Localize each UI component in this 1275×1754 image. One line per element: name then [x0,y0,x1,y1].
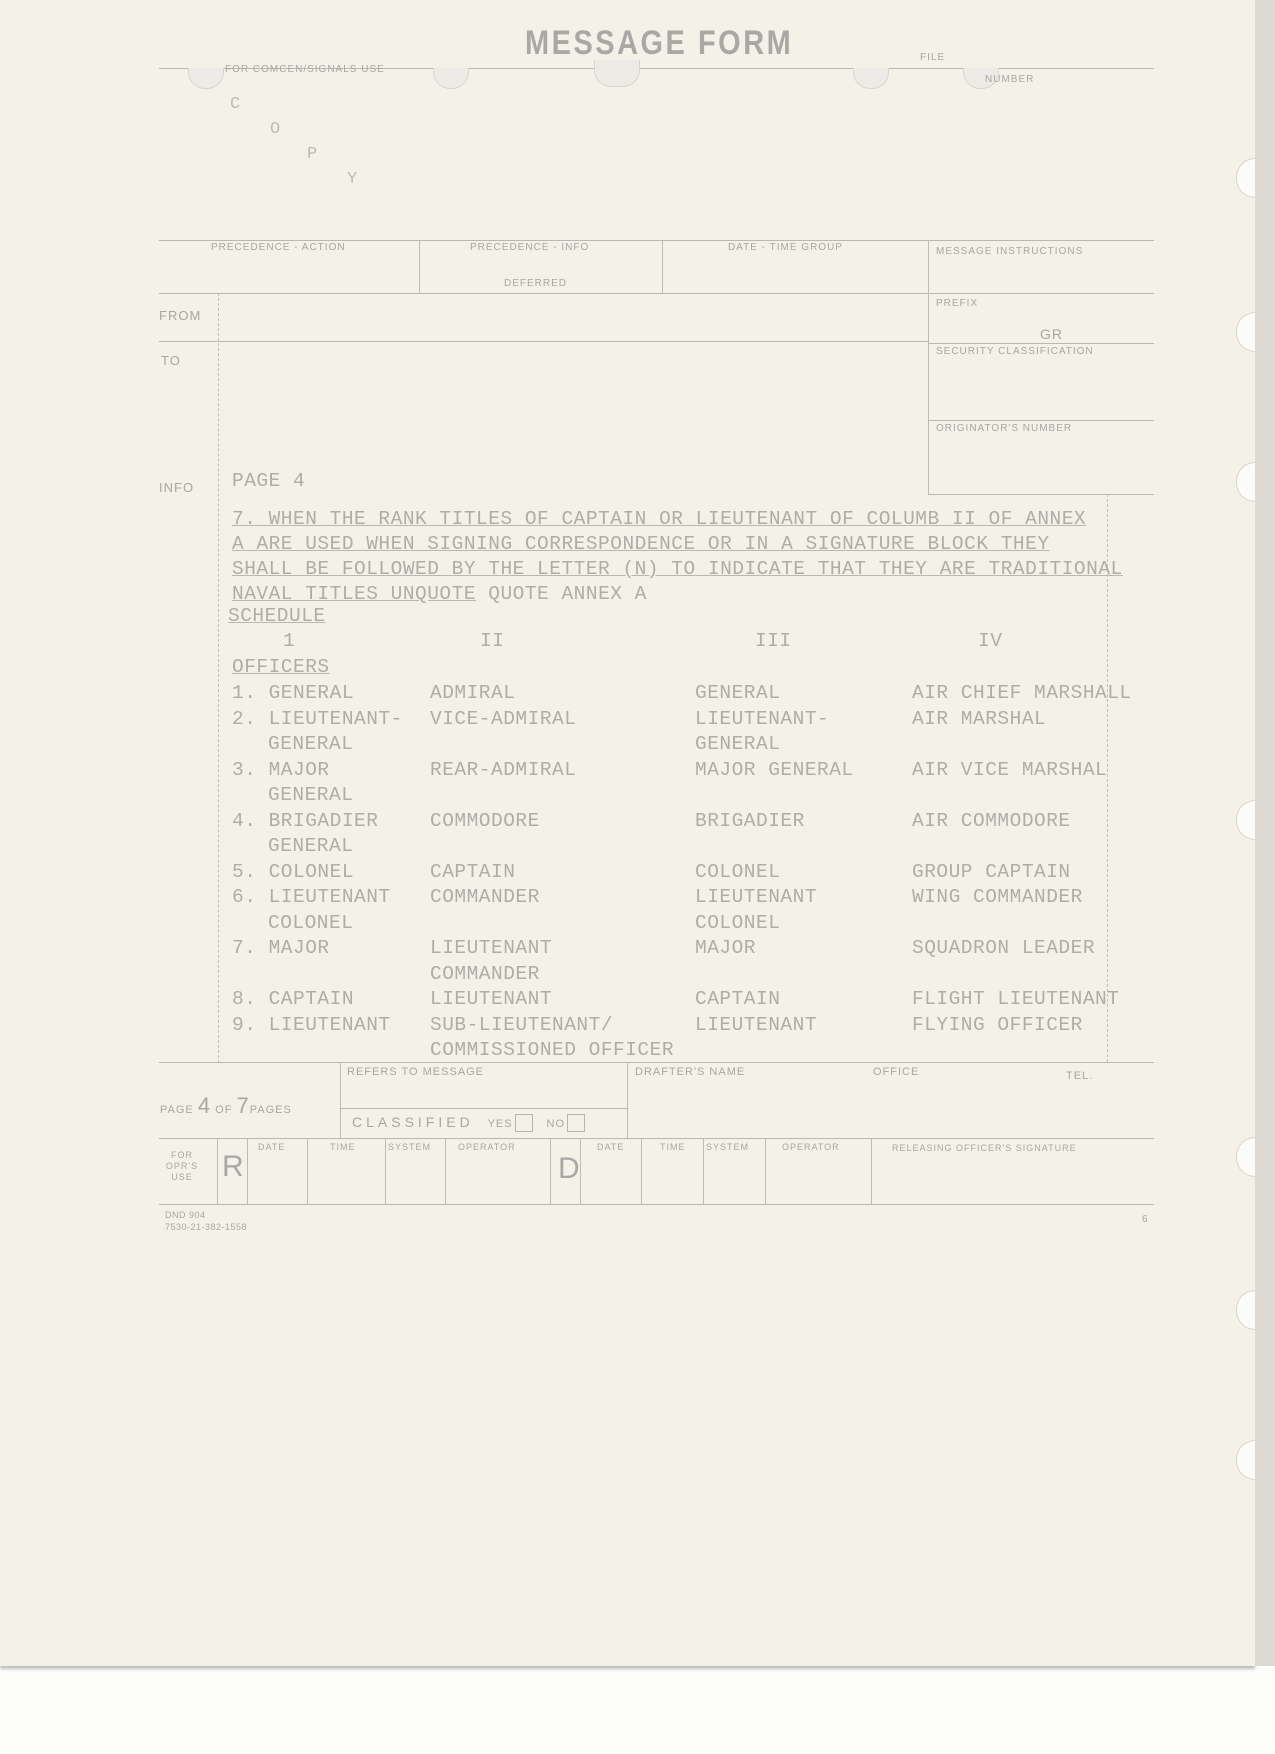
form-title: MESSAGE FORM [525,24,793,63]
footer-divider [627,1062,628,1138]
page-heading: PAGE 4 [232,470,305,492]
rank-cell: FLYING OFFICER [912,1014,1083,1036]
ops-divider [641,1138,642,1204]
rank-cell: LIEUTENANT [695,1014,817,1036]
prefix-label: PREFIX [936,298,978,309]
rank-cell: MAJOR GENERAL [695,759,854,781]
table-top-rule [159,240,1154,241]
column-header-2: II [480,630,504,652]
rank-cell: 2. LIEUTENANT- [232,708,403,730]
date-time-group-label: DATE - TIME GROUP [728,242,843,253]
ops-divider [703,1138,704,1204]
rank-cell: 7. MAJOR [232,937,330,959]
copy-stamp-c: C [230,95,240,114]
corner-mark: 6 [1142,1214,1149,1225]
classified-field: CLASSIFIED YES NO [352,1114,585,1132]
r-date-label: DATE [258,1142,285,1152]
right-col-rule [928,494,1154,495]
rank-cell: BRIGADIER [695,810,805,832]
paragraph-line: SHALL BE FOLLOWED BY THE LETTER (N) TO I… [232,558,1123,580]
ops-divider [550,1138,551,1204]
rank-cell: FLIGHT LIEUTENANT [912,988,1119,1010]
classified-yes-checkbox[interactable] [515,1114,533,1132]
rank-cell: GENERAL [268,835,353,857]
ops-divider [765,1138,766,1204]
col-divider [662,240,663,293]
rank-cell: 6. LIEUTENANT [232,886,391,908]
ops-divider [580,1138,581,1204]
rank-cell: SUB-LIEUTENANT/ [430,1014,613,1036]
right-col-rule [928,343,1154,344]
rank-cell: 8. CAPTAIN [232,988,354,1010]
rank-cell: GENERAL [268,784,353,806]
footer-rule [340,1108,627,1109]
to-label: TO [161,353,181,368]
rank-cell: COMMISSIONED OFFICER [430,1039,674,1061]
punch-hole [594,60,640,87]
r-operator-label: OPERATOR [458,1142,516,1152]
paragraph-tail: QUOTE ANNEX A [476,583,647,605]
message-instructions-label: MESSAGE INSTRUCTIONS [936,246,1083,257]
form-number: DND 904 [165,1210,206,1220]
drafters-name-label: DRAFTER'S NAME [635,1066,745,1078]
copy-stamp-p: P [307,145,317,164]
rank-cell: GENERAL [695,733,780,755]
rank-cell: ADMIRAL [430,682,515,704]
rank-cell: AIR VICE MARSHAL [912,759,1107,781]
received-letter: R [222,1150,244,1184]
precedence-action-label: PRECEDENCE - ACTION [211,242,346,253]
copy-stamp-y: Y [347,170,357,189]
page-edge [1255,0,1275,1666]
paragraph-line: 7. WHEN THE RANK TITLES OF CAPTAIN OR LI… [232,508,1086,530]
ops-divider [247,1138,248,1204]
rank-cell: AIR MARSHAL [912,708,1046,730]
security-classification-label: SECURITY CLASSIFICATION [936,346,1094,357]
schedule-label: SCHEDULE [228,605,326,627]
rank-cell: AIR COMMODORE [912,810,1071,832]
d-operator-label: OPERATOR [782,1142,840,1152]
copy-stamp-o: O [270,120,280,139]
officers-label: OFFICERS [232,656,330,678]
paragraph-line: A ARE USED WHEN SIGNING CORRESPONDENCE O… [232,533,1050,555]
info-label: INFO [159,480,194,495]
rank-cell: CAPTAIN [430,861,515,883]
page-number[interactable]: 4 [198,1093,211,1118]
ops-divider [217,1138,218,1204]
stock-number: 7530-21-382-1558 [165,1222,247,1232]
comcen-label: FOR COMCEN/SIGNALS USE [225,64,385,75]
rank-cell: 3. MAJOR [232,759,330,781]
r-time-label: TIME [330,1142,356,1152]
rank-cell: SQUADRON LEADER [912,937,1095,959]
d-time-label: TIME [660,1142,686,1152]
rank-cell: LIEUTENANT- [695,708,829,730]
rank-cell: COMMANDER [430,963,540,985]
file-label: FILE [920,52,945,63]
rank-cell: COLONEL [268,912,353,934]
rank-cell: LIEUTENANT [430,937,552,959]
footer-top-rule [159,1062,1154,1063]
precedence-info-value[interactable]: DEFERRED [504,278,567,289]
rank-cell: VICE-ADMIRAL [430,708,576,730]
rank-cell: COMMODORE [430,810,540,832]
footer-divider [340,1062,341,1138]
ops-top-rule [159,1138,1154,1139]
releasing-officer-label: RELEASING OFFICER'S SIGNATURE [892,1143,1077,1153]
ops-bottom-rule [159,1204,1154,1205]
dispatched-letter: D [558,1152,580,1186]
rank-cell: 5. COLONEL [232,861,354,883]
refers-to-message-label: REFERS TO MESSAGE [347,1066,484,1078]
prefix-value[interactable]: GR [1040,326,1063,342]
total-pages[interactable]: 7 [236,1093,249,1118]
tel-label: TEL. [1066,1070,1093,1082]
rank-cell: GROUP CAPTAIN [912,861,1071,883]
d-system-label: SYSTEM [706,1142,749,1152]
r-system-label: SYSTEM [388,1142,431,1152]
col-divider [419,240,420,293]
rank-cell: GENERAL [695,682,780,704]
for-oprs-use-label: FOROPR'SUSE [165,1150,199,1183]
from-label: FROM [159,308,201,323]
rank-cell: LIEUTENANT [695,886,817,908]
rank-cell: WING COMMANDER [912,886,1083,908]
rank-cell: MAJOR [695,937,756,959]
rank-cell: COLONEL [695,912,780,934]
ops-divider [445,1138,446,1204]
d-date-label: DATE [597,1142,624,1152]
left-margin-dashes [218,293,219,1063]
ops-divider [385,1138,386,1204]
rank-cell: CAPTAIN [695,988,780,1010]
ops-divider [307,1138,308,1204]
classified-no-checkbox[interactable] [567,1114,585,1132]
rank-cell: 1. GENERAL [232,682,354,704]
column-header-4: IV [978,630,1002,652]
right-col-rule [928,420,1154,421]
page-count: PAGE 4 OF 7PAGES [160,1093,292,1119]
rank-cell: 4. BRIGADIER [232,810,378,832]
column-header-1: 1 [283,630,295,652]
rank-cell: 9. LIEUTENANT [232,1014,391,1036]
table-rule [159,293,1154,294]
originators-number-label: ORIGINATOR'S NUMBER [936,423,1072,434]
rank-cell: AIR CHIEF MARSHALL [912,682,1132,704]
number-label: NUMBER [985,74,1034,85]
office-label: OFFICE [873,1066,919,1078]
rank-cell: COMMANDER [430,886,540,908]
precedence-info-label: PRECEDENCE - INFO [470,242,589,253]
rank-cell: GENERAL [268,733,353,755]
ops-divider [871,1138,872,1204]
right-col-divider [928,240,929,494]
rank-cell: REAR-ADMIRAL [430,759,576,781]
rank-cell: COLONEL [695,861,780,883]
paragraph-line: NAVAL TITLES UNQUOTE [232,583,476,605]
column-header-3: III [755,630,792,652]
from-rule [159,341,928,342]
rank-cell: LIEUTENANT [430,988,552,1010]
